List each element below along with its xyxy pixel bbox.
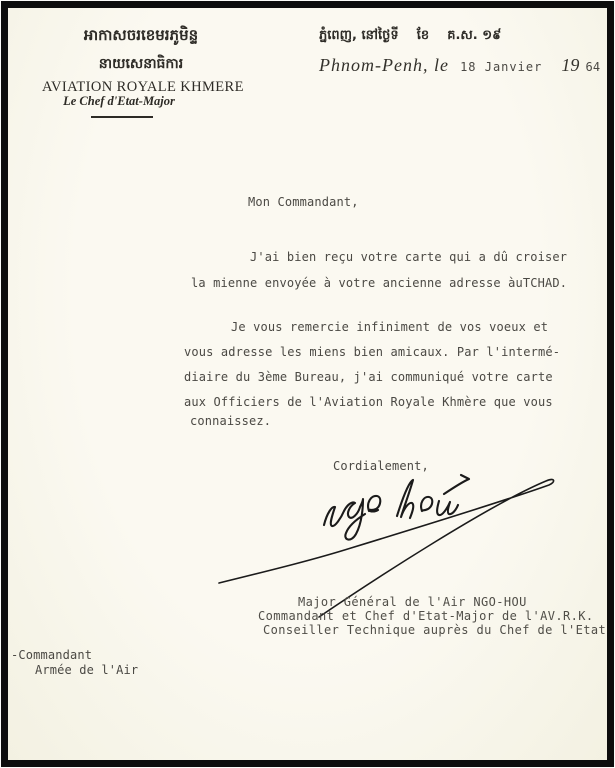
dateline-year-typed: 64 [586, 60, 601, 74]
paragraph1-line1: J'ai bien reçu votre carte qui a dû croi… [250, 250, 567, 264]
signature-name-stroke [324, 475, 469, 540]
letterhead-khmer-org-name: អាកាសចរខេមរភូមិន្ទ [51, 22, 231, 48]
closing: Cordialement, [333, 459, 429, 473]
dateline-day-month: 18 Janvier [460, 60, 542, 74]
letter-paper: អាកាសចរខេមរភូមិន្ទ នាយសេនាធិការ AVIATION… [8, 8, 607, 760]
paragraph2-line5: connaissez. [190, 414, 271, 428]
paragraph2-line1: Je vous remercie infiniment de vos voeux… [231, 320, 548, 334]
dateline-khmer: ភ្នំពេញ, នៅថ្ងៃទី ខែ គ.ស. ១៩ [319, 24, 501, 48]
footer-addressee-line2: Armée de l'Air [35, 663, 138, 677]
paragraph1-line2: la mienne envoyée à votre ancienne adres… [191, 276, 567, 290]
dateline-place-script: Phnom-Penh, le [319, 55, 449, 75]
salutation: Mon Commandant, [248, 195, 359, 209]
scanned-letter-page: អាកាសចរខេមរភូមិន្ទ នាយសេនាធិការ AVIATION… [0, 0, 615, 768]
signature-block-line3: Conseiller Technique auprès du Chef de l… [263, 623, 607, 637]
footer-addressee-line1: -Commandant [11, 648, 92, 662]
paragraph2-line3: diaire du 3ème Bureau, j'ai communiqué v… [184, 370, 553, 384]
dateline: Phnom-Penh, le 18 Janvier 19 64 [319, 55, 600, 76]
signature-block-line1: Major Général de l'Air NGO-HOU [298, 595, 527, 609]
paragraph2-line2: vous adresse les miens bien amicaux. Par… [184, 345, 560, 359]
dateline-year-script: 19 [561, 55, 579, 75]
letterhead-khmer-title: នាយសេនាធិការ [51, 52, 231, 76]
signature-block-line2: Commandant et Chef d'Etat-Major de l'AV.… [258, 609, 593, 623]
letterhead-chief-title: Le Chef d'Etat-Major [56, 94, 182, 109]
letterhead-underline-rule [91, 116, 153, 118]
paragraph2-line4: aux Officiers de l'Aviation Royale Khmèr… [184, 395, 553, 409]
